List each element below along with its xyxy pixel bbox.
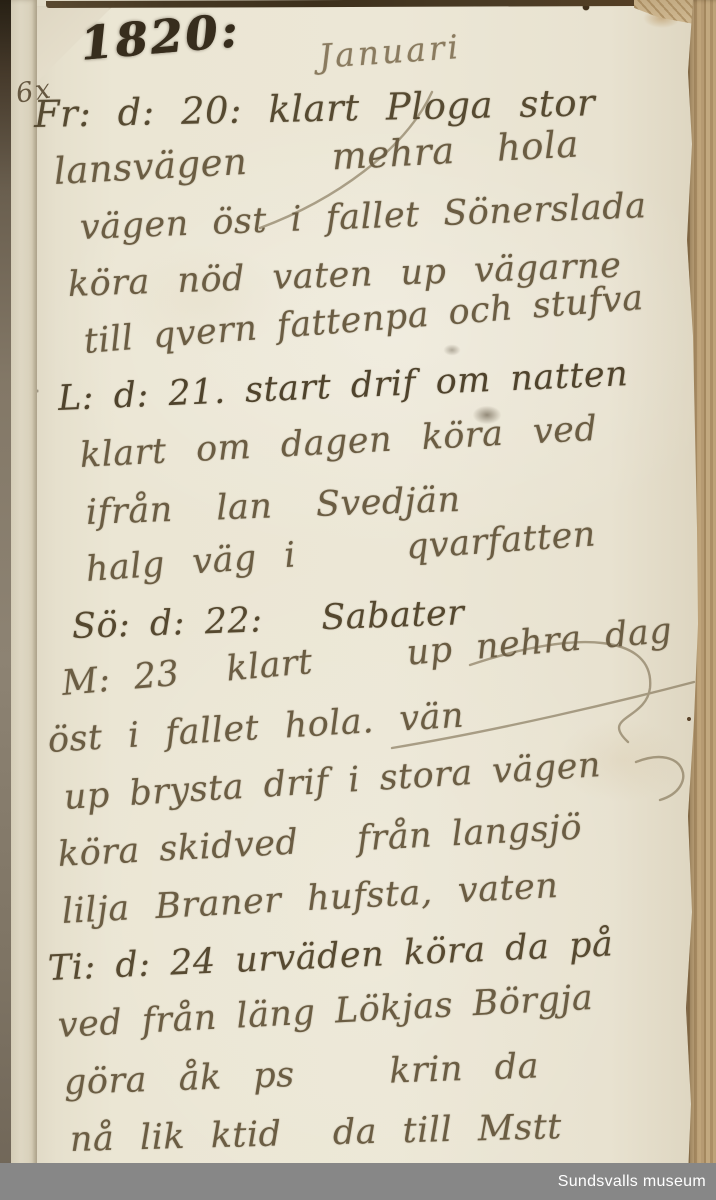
year-heading: 1820:: [78, 7, 241, 67]
month-heading: Januari: [318, 30, 462, 73]
book-binding-edge: [0, 0, 11, 1200]
manuscript-photo: 1820:Januari 6x Fr: d: 20: klart Ploga s…: [0, 0, 716, 1200]
page-header: 1820:Januari: [80, 14, 460, 60]
museum-credit-text: Sundsvalls museum: [558, 1173, 706, 1191]
credit-bar: Sundsvalls museum: [0, 1163, 716, 1200]
diary-entries: Fr: d: 20: klart Ploga stor lansvägen me…: [28, 86, 696, 1169]
